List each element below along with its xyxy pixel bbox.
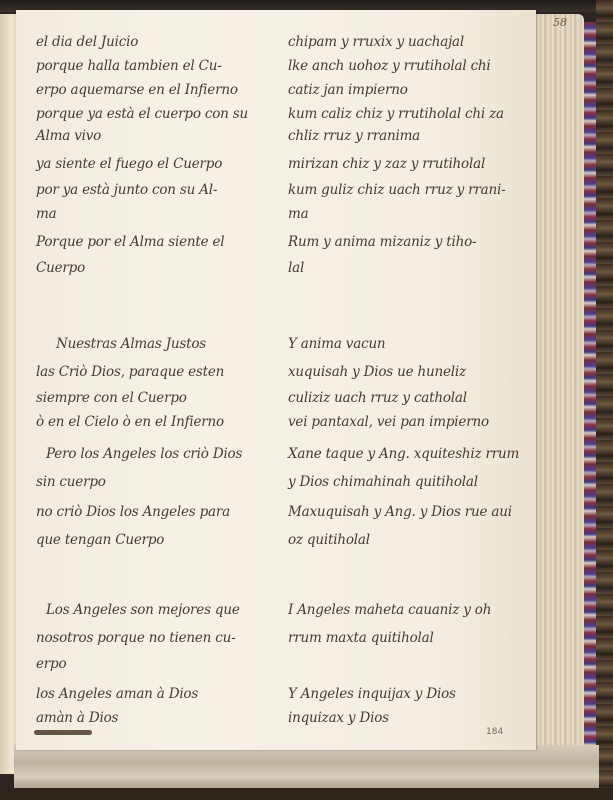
- spanish-line: los Angeles aman à Dios: [36, 686, 198, 702]
- spanish-line: que tengan Cuerpo: [36, 532, 164, 548]
- indigenous-line: inquizax y Dios: [288, 710, 389, 726]
- indigenous-line: kum caliz chiz y rrutiholal chi za: [288, 106, 504, 122]
- page-stack-edges: [528, 14, 584, 754]
- bottom-leaf-shadow: [14, 745, 599, 790]
- indigenous-line: y Dios chimahinah quitiholal: [288, 474, 478, 490]
- indigenous-line: ma: [288, 206, 308, 222]
- indigenous-line: chliz rruz y rranima: [288, 128, 420, 144]
- spanish-line: Pero los Angeles los criò Dios: [46, 446, 242, 462]
- indigenous-line: oz quitiholal: [288, 532, 370, 548]
- indigenous-line: culiziz uach rruz y catholal: [288, 390, 467, 406]
- spanish-line: las Criò Dios, paraque esten: [36, 364, 224, 380]
- spanish-line: nosotros porque no tienen cu-: [36, 630, 235, 646]
- indigenous-line: Xane taque y Ang. xquiteshiz rrum: [288, 446, 519, 462]
- spanish-line: Alma vivo: [36, 128, 101, 144]
- indigenous-line: Maxuquisah y Ang. y Dios rue aui: [288, 504, 512, 520]
- indigenous-line: xuquisah y Dios ue huneliz: [288, 364, 466, 380]
- spanish-line: Nuestras Almas Justos: [56, 336, 206, 352]
- indigenous-line: catiz jan impierno: [288, 82, 408, 98]
- struck-out-word: [34, 730, 92, 735]
- marbled-page-edge: [584, 22, 596, 792]
- indigenous-line: Rum y anima mizaniz y tiho-: [288, 234, 476, 250]
- book-cover-edge: [596, 0, 613, 800]
- indigenous-line: mirizan chiz y zaz y rrutiholal: [288, 156, 485, 172]
- bottom-cover: [0, 788, 613, 800]
- spanish-line: amàn à Dios: [36, 710, 118, 726]
- indigenous-line: lke anch uohoz y rrutiholal chi: [288, 58, 491, 74]
- indigenous-line: Y Angeles inquijax y Dios: [288, 686, 456, 702]
- spanish-line: ya siente el fuego el Cuerpo: [36, 156, 222, 172]
- spanish-line: ma: [36, 206, 56, 222]
- spanish-line: erpo: [36, 656, 66, 672]
- spanish-line: erpo aquemarse en el Infierno: [36, 82, 238, 98]
- indigenous-line: I Angeles maheta cauaniz y oh: [288, 602, 491, 618]
- manuscript-scan: 58 184 el dia del Juicioporque halla tam…: [0, 0, 613, 800]
- spanish-line: por ya està junto con su Al-: [36, 182, 217, 198]
- spanish-line: Porque por el Alma siente el: [36, 234, 224, 250]
- spanish-line: el dia del Juicio: [36, 34, 138, 50]
- spanish-line: porque ya està el cuerpo con su: [36, 106, 248, 122]
- spanish-line: Los Angeles son mejores que: [46, 602, 240, 618]
- indigenous-line: rrum maxta quitiholal: [288, 630, 434, 646]
- spanish-line: no criò Dios los Angeles para: [36, 504, 230, 520]
- spanish-line: Cuerpo: [36, 260, 85, 276]
- indigenous-line: vei pantaxal, vei pan impierno: [288, 414, 489, 430]
- spanish-line: sin cuerpo: [36, 474, 106, 490]
- indigenous-line: lal: [288, 260, 304, 276]
- indigenous-line: chipam y rruxix y uachajal: [288, 34, 464, 50]
- spanish-line: porque halla tambien el Cu-: [36, 58, 222, 74]
- stamp-number: 184: [486, 727, 503, 737]
- indigenous-line: Y anima vacun: [288, 336, 385, 352]
- spanish-line: siempre con el Cuerpo: [36, 390, 187, 406]
- indigenous-line: kum guliz chiz uach rruz y rrani-: [288, 182, 505, 198]
- folio-number: 58: [553, 16, 567, 29]
- spanish-line: ò en el Cielo ò en el Infierno: [36, 414, 224, 430]
